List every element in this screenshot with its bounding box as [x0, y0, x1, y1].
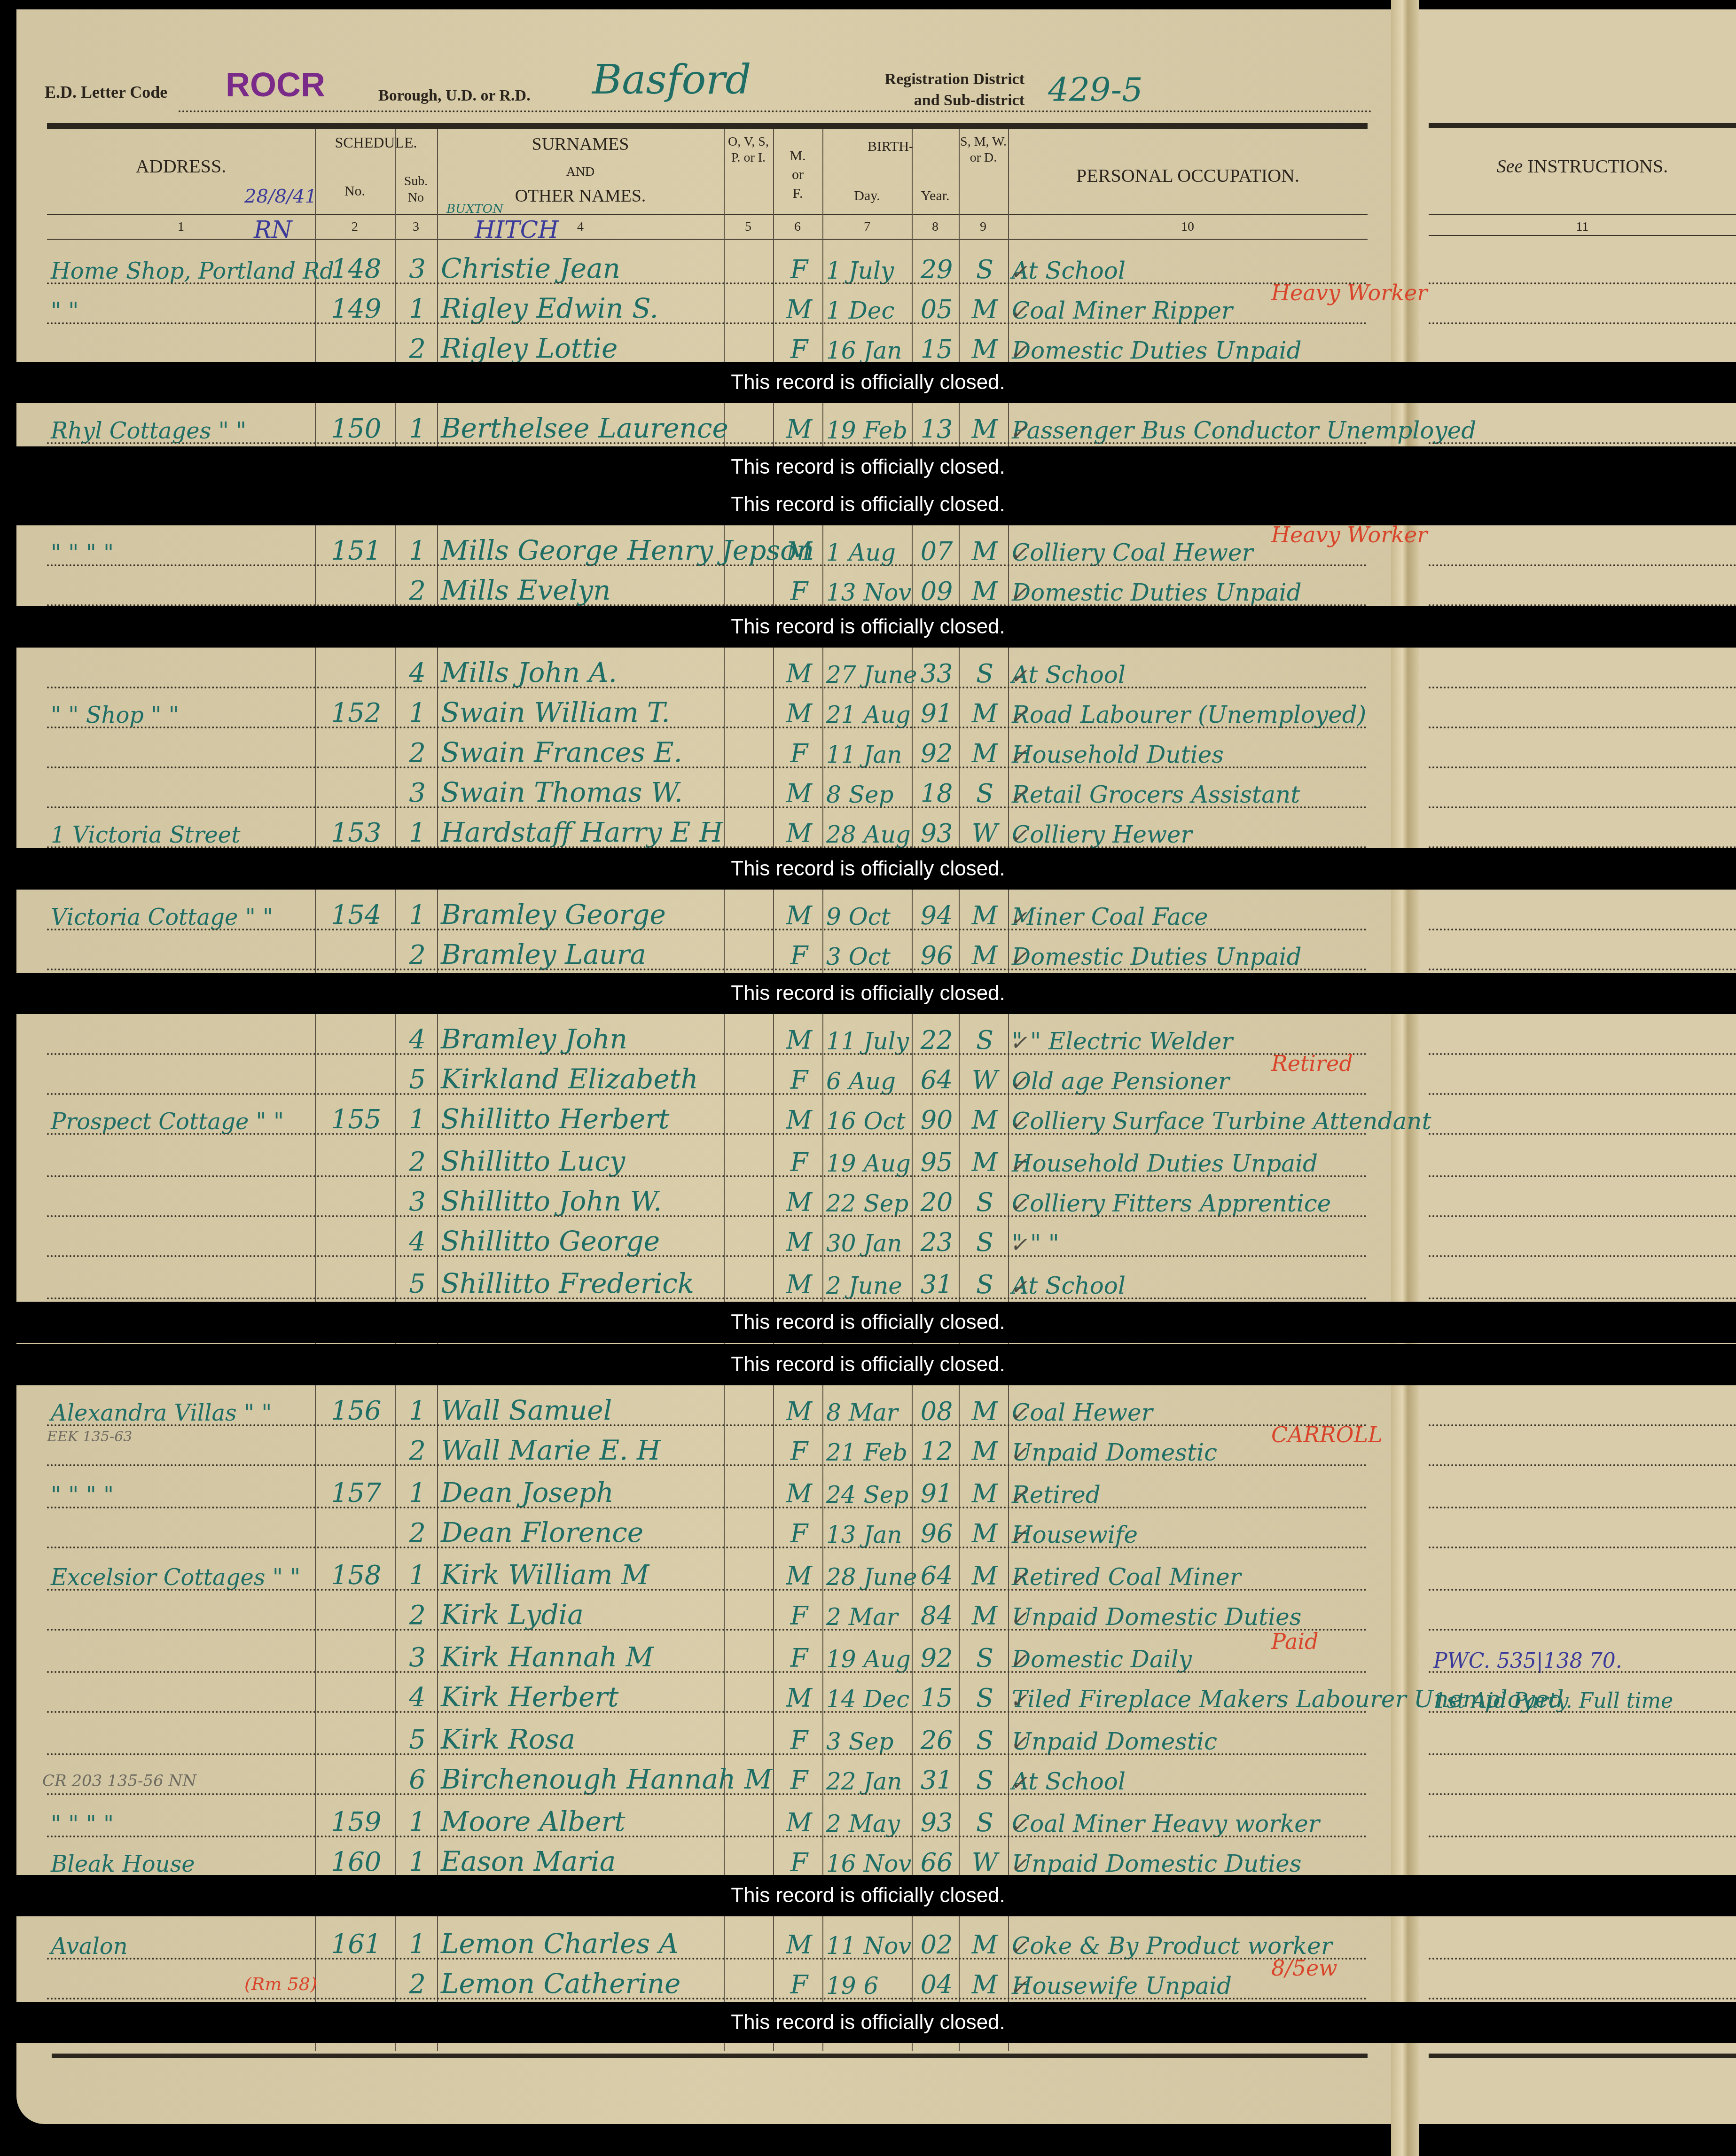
row-address	[51, 1015, 314, 1058]
row-birth-day: 16 Nov	[826, 1837, 911, 1880]
borough-value: Basford	[592, 56, 751, 103]
check-mark-icon: ✓	[1010, 891, 1019, 933]
row-marital-status: S	[962, 1177, 1007, 1220]
row-name: Kirk William M	[441, 1551, 723, 1594]
header-birth: BIRTH-	[822, 139, 959, 155]
row-rule	[47, 1998, 1368, 2000]
row-marital-status: S	[962, 1217, 1007, 1260]
row-occupation: Colliery Surface Turbine Attendant	[1012, 1095, 1367, 1138]
row-name: Mills John A.	[441, 648, 723, 691]
closed-record-notice: This record is officially closed.	[731, 1311, 1005, 1334]
column-number: 8	[916, 219, 954, 234]
row-birth-year: 04	[915, 1960, 958, 2002]
row-sub-number: 3	[399, 1177, 436, 1220]
row-sex: M	[777, 688, 821, 731]
row-marital-status: S	[962, 1259, 1007, 1302]
row-sub-number: 3	[399, 768, 436, 811]
row-address: Alexandra Villas " "	[51, 1386, 314, 1429]
row-birth-day: 8 Sep	[826, 768, 911, 811]
row-marital-status: M	[962, 1551, 1007, 1594]
row-address	[51, 1217, 314, 1260]
hitch-annotation: HITCH	[475, 216, 559, 243]
check-mark-icon: ✓	[1010, 1755, 1019, 1798]
row-marital-status: M	[962, 566, 1007, 609]
row-schedule-number	[319, 1015, 394, 1058]
row-sex: M	[777, 1217, 821, 1260]
row-sex: M	[777, 1920, 821, 1962]
row-sub-number: 1	[399, 1797, 436, 1840]
row-birth-day: 19 Feb	[826, 404, 911, 447]
row-occupation: " " "	[1012, 1217, 1367, 1260]
register-row: 4Kirk HerbertM14 Dec15STiled Fireplace M…	[0, 1673, 1736, 1713]
row-address	[51, 324, 314, 367]
row-birth-day: 2 Mar	[826, 1591, 911, 1633]
closed-record-notice: This record is officially closed.	[731, 1884, 1005, 1907]
row-marital-status: M	[962, 1426, 1007, 1469]
row-marital-status: W	[962, 808, 1007, 851]
row-birth-year: 12	[915, 1426, 958, 1469]
check-mark-icon: ✓	[1010, 728, 1019, 771]
row-sex: F	[777, 324, 821, 367]
row-marital-status: M	[962, 1508, 1007, 1551]
row-sub-number: 5	[399, 1715, 436, 1758]
row-rule	[47, 1133, 1368, 1135]
row-birth-day: 11 Jan	[826, 728, 911, 771]
check-mark-icon: ✓	[1010, 566, 1019, 609]
closed-record-notice: This record is officially closed.	[731, 857, 1005, 881]
column-number: 4	[562, 219, 599, 234]
row-marital-status: M	[962, 324, 1007, 367]
check-mark-icon: ✓	[1010, 1837, 1019, 1880]
row-marital-status: M	[962, 1137, 1007, 1180]
registration-district-label-2: and Sub-district	[855, 92, 1024, 109]
register-row: 2Shillitto LucyF19 Aug95MHousehold Dutie…	[0, 1137, 1736, 1177]
row-sub-number: 4	[399, 1015, 436, 1058]
register-row: 2Wall Marie E. HF21 Feb12MUnpaid Domesti…	[0, 1426, 1736, 1466]
register-row: Avalon1611Lemon Charles AM11 Nov02MCoke …	[0, 1920, 1736, 1960]
register-row: " "1491Rigley Edwin S.M1 Dec05MCoal Mine…	[0, 284, 1736, 324]
row-sex: M	[777, 1177, 821, 1220]
row-birth-day: 3 Sep	[826, 1715, 911, 1758]
row-occupation: Passenger Bus Conductor Unemployed	[1012, 404, 1367, 447]
row-occupation: Colliery Fitters Apprentice	[1012, 1177, 1367, 1220]
row-annotation: Heavy Worker	[1271, 508, 1427, 550]
row-rule-right	[1429, 442, 1736, 444]
row-name: Bramley Laura	[441, 930, 723, 973]
title-dotted-line	[179, 110, 1372, 112]
row-sub-number: 2	[399, 566, 436, 609]
row-rule	[47, 1793, 1368, 1795]
row-marital-status: S	[962, 1633, 1007, 1676]
row-sex: F	[777, 1837, 821, 1880]
row-name: Kirk Rosa	[441, 1715, 723, 1758]
check-mark-icon: ✓	[1010, 1591, 1019, 1633]
row-rule	[47, 1547, 1368, 1548]
row-birth-year: 18	[915, 768, 958, 811]
row-sub-number: 5	[399, 1055, 436, 1098]
row-instructions-note: PWC. 535|138 70.	[1433, 1633, 1622, 1676]
check-mark-icon: ✓	[1010, 688, 1019, 731]
row-sub-number: 1	[399, 1920, 436, 1962]
row-marital-status: S	[962, 768, 1007, 811]
row-sub-number: 2	[399, 930, 436, 973]
row-sub-number: 3	[399, 1633, 436, 1676]
row-birth-year: 09	[915, 566, 958, 609]
row-name: Shillitto George	[441, 1217, 723, 1260]
row-address: Avalon	[51, 1920, 314, 1962]
check-mark-icon: ✓	[1010, 768, 1019, 811]
row-birth-year: 96	[915, 930, 958, 973]
row-schedule-number: 158	[319, 1551, 394, 1594]
row-sex: M	[777, 1673, 821, 1716]
row-occupation: Colliery Hewer	[1012, 808, 1367, 851]
row-birth-day: 14 Dec	[826, 1673, 911, 1716]
row-sex: M	[777, 1551, 821, 1594]
row-birth-day: 2 June	[826, 1259, 911, 1302]
row-name: Kirkland Elizabeth	[441, 1055, 723, 1098]
row-schedule-number	[319, 566, 394, 609]
row-occupation: Tiled Fireplace Makers Labourer Unemploy…	[1012, 1673, 1367, 1716]
check-mark-icon: ✓	[1010, 284, 1019, 327]
closed-record-notice: This record is officially closed.	[731, 982, 1005, 1005]
row-birth-year: 29	[915, 244, 958, 287]
header-f: F.	[773, 186, 822, 202]
row-sex: F	[777, 1426, 821, 1469]
row-rule	[47, 1711, 1368, 1713]
row-birth-year: 93	[915, 808, 958, 851]
row-sub-number: 2	[399, 1508, 436, 1551]
header-m: M.	[773, 148, 822, 164]
row-name: Kirk Hannah M	[441, 1633, 723, 1676]
row-sex: M	[777, 1015, 821, 1058]
row-address: Victoria Cottage " "	[51, 891, 314, 933]
row-name: Dean Joseph	[441, 1469, 723, 1511]
row-sub-number: 3	[399, 244, 436, 287]
register-row: " " " "1571Dean JosephM24 Sep91MRetired✓	[0, 1469, 1736, 1508]
row-name: Berthelsee Laurence	[441, 404, 723, 447]
ed-letter-code-label: E.D. Letter Code	[45, 82, 167, 102]
row-birth-day: 21 Aug	[826, 688, 911, 731]
row-birth-day: 19 Aug	[826, 1137, 911, 1180]
row-sub-number: 1	[399, 808, 436, 851]
row-occupation: Domestic Duties Unpaid	[1012, 566, 1367, 609]
row-schedule-number: 150	[319, 404, 394, 447]
row-address	[51, 728, 314, 771]
row-name: Christie Jean	[441, 244, 723, 287]
row-sex: M	[777, 648, 821, 691]
check-mark-icon: ✓	[1010, 1137, 1019, 1180]
row-annotation: Heavy Worker	[1271, 266, 1427, 308]
row-birth-day: 30 Jan	[826, 1217, 911, 1260]
margin-note-cr: CR 203 135-56 NN	[42, 1772, 196, 1790]
row-sub-number: 4	[399, 1217, 436, 1260]
row-marital-status: M	[962, 404, 1007, 447]
row-occupation: At School	[1012, 648, 1367, 691]
header-mid-rule	[47, 214, 1368, 215]
closed-record-notice: This record is officially closed.	[731, 455, 1005, 479]
row-birth-year: 08	[915, 1386, 958, 1429]
row-sex: M	[777, 1469, 821, 1511]
row-schedule-number: 152	[319, 688, 394, 731]
row-address: Home Shop, Portland Rd	[51, 244, 314, 287]
register-row: Excelsior Cottages " "1581Kirk William M…	[0, 1551, 1736, 1591]
row-sex: F	[777, 1633, 821, 1676]
row-birth-year: 23	[915, 1217, 958, 1260]
register-row: " " " "1511Mills George Henry JepsonM1 A…	[0, 526, 1736, 566]
row-birth-day: 22 Jan	[826, 1755, 911, 1798]
buxton-annotation: BUXTON	[446, 202, 503, 216]
header-top-rule-right	[1429, 123, 1736, 128]
column-number: 2	[336, 219, 374, 234]
row-birth-day: 1 Aug	[826, 526, 911, 569]
row-birth-year: 84	[915, 1591, 958, 1633]
row-marital-status: S	[962, 1755, 1007, 1798]
row-marital-status: S	[962, 1715, 1007, 1758]
register-row: Rhyl Cottages " "1501Berthelsee Laurence…	[0, 404, 1736, 444]
header-occupation: PERSONAL OCCUPATION.	[1008, 164, 1368, 187]
row-rule-right	[1429, 1297, 1736, 1299]
row-sub-number: 1	[399, 1386, 436, 1429]
row-marital-status: M	[962, 688, 1007, 731]
row-birth-day: 2 May	[826, 1797, 911, 1840]
row-sex: F	[777, 1591, 821, 1633]
row-marital-status: M	[962, 930, 1007, 973]
row-birth-day: 24 Sep	[826, 1469, 911, 1511]
check-mark-icon: ✓	[1010, 324, 1019, 367]
row-address: Bleak House	[51, 1837, 314, 1880]
row-occupation: Road Labourer (Unemployed)	[1012, 688, 1367, 731]
check-mark-icon: ✓	[1010, 526, 1019, 569]
row-name: Wall Samuel	[441, 1386, 723, 1429]
row-occupation: Retail Grocers Assistant	[1012, 768, 1367, 811]
date-stamp-annotation: 28/8/41	[244, 186, 317, 207]
register-row: " " Shop " "1521Swain William T.M21 Aug9…	[0, 688, 1736, 728]
row-name: Eason Maria	[441, 1837, 723, 1880]
row-marital-status: M	[962, 1386, 1007, 1429]
row-name: Bramley George	[441, 891, 723, 933]
row-address	[51, 566, 314, 609]
row-rule-right	[1429, 1998, 1736, 2000]
register-row: 4Bramley JohnM11 July22S" " Electric Wel…	[0, 1015, 1736, 1055]
row-address: Rhyl Cottages " "	[51, 404, 314, 447]
page-bottom-rule-right	[1429, 2054, 1736, 2058]
row-birth-day: 1 Dec	[826, 284, 911, 327]
row-birth-day: 19 Aug	[826, 1633, 911, 1676]
check-mark-icon: ✓	[1010, 1920, 1019, 1962]
register-row: 2Swain Frances E.F11 Jan92MHousehold Dut…	[0, 728, 1736, 768]
row-birth-year: 22	[915, 1015, 958, 1058]
row-schedule-number	[319, 1673, 394, 1716]
closed-record-notice: This record is officially closed.	[731, 615, 1005, 639]
column-number: 7	[848, 219, 886, 234]
row-address	[51, 768, 314, 811]
register-row: 5Shillitto FrederickM2 June31SAt School✓	[0, 1259, 1736, 1299]
row-schedule-number: 157	[319, 1469, 394, 1511]
row-name: Wall Marie E. H	[441, 1426, 723, 1469]
row-birth-year: 64	[915, 1551, 958, 1594]
row-sub-number: 2	[399, 1137, 436, 1180]
row-birth-day: 28 Aug	[826, 808, 911, 851]
check-mark-icon: ✓	[1010, 1177, 1019, 1220]
row-name: Shillitto John W.	[441, 1177, 723, 1220]
row-sex: M	[777, 891, 821, 933]
row-occupation: At School	[1012, 1755, 1367, 1798]
row-schedule-number	[319, 1960, 394, 2002]
row-annotation: CARROLL	[1271, 1407, 1383, 1450]
row-schedule-number	[319, 1633, 394, 1676]
row-birth-day: 21 Feb	[826, 1426, 911, 1469]
check-mark-icon: ✓	[1010, 1469, 1019, 1511]
row-name: Moore Albert	[441, 1797, 723, 1840]
row-sex: F	[777, 1715, 821, 1758]
header-or: or	[773, 167, 822, 183]
row-name: Dean Florence	[441, 1508, 723, 1551]
row-address	[51, 1137, 314, 1180]
row-schedule-number	[319, 1217, 394, 1260]
row-schedule-number: 151	[319, 526, 394, 569]
row-marital-status: M	[962, 1469, 1007, 1511]
register-row: 3Kirk Hannah MF19 Aug92SDomestic Daily✓P…	[0, 1633, 1736, 1673]
row-name: Mills George Henry Jepson	[441, 526, 723, 569]
row-occupation: Miner Coal Face	[1012, 891, 1367, 933]
row-sex: M	[777, 1259, 821, 1302]
row-rule-right	[1429, 1133, 1736, 1135]
row-birth-year: 96	[915, 1508, 958, 1551]
check-mark-icon: ✓	[1010, 648, 1019, 691]
row-rule	[47, 1297, 1368, 1299]
row-schedule-number	[319, 1137, 394, 1180]
row-name: Kirk Herbert	[441, 1673, 723, 1716]
header-sub-no: No	[395, 190, 437, 205]
header-top-rule	[47, 123, 1368, 129]
check-mark-icon: ✓	[1010, 244, 1019, 287]
row-address	[51, 1673, 314, 1716]
row-name: Shillitto Frederick	[441, 1259, 723, 1302]
row-birth-year: 92	[915, 1633, 958, 1676]
row-schedule-number	[319, 1259, 394, 1302]
row-marital-status: M	[962, 1960, 1007, 2002]
row-sub-number: 4	[399, 1673, 436, 1716]
row-sub-number: 1	[399, 284, 436, 327]
row-sub-number: 6	[399, 1755, 436, 1798]
row-schedule-number	[319, 1055, 394, 1098]
row-rule-right	[1429, 969, 1736, 970]
closed-record-notice: This record is officially closed.	[731, 371, 1005, 394]
row-occupation: Domestic Duties Unpaid	[1012, 324, 1367, 367]
check-mark-icon: ✓	[1010, 1386, 1019, 1429]
row-name: Rigley Edwin S.	[441, 284, 723, 327]
row-sex: F	[777, 1055, 821, 1098]
row-marital-status: W	[962, 1837, 1007, 1880]
row-marital-status: M	[962, 1591, 1007, 1633]
row-rule	[47, 1255, 1368, 1257]
row-birth-year: 90	[915, 1095, 958, 1138]
row-rule	[47, 1464, 1368, 1466]
row-address: " " " "	[51, 1797, 314, 1840]
row-birth-year: 33	[915, 648, 958, 691]
row-rule-right	[1429, 1793, 1736, 1795]
row-birth-day: 19 6	[826, 1960, 911, 2002]
row-address	[51, 1055, 314, 1098]
row-birth-day: 27 June	[826, 648, 911, 691]
register-row: Bleak House1601Eason MariaF16 Nov66WUnpa…	[0, 1837, 1736, 1877]
closed-record-band: This record is officially closed.	[0, 1344, 1736, 1385]
row-schedule-number: 153	[319, 808, 394, 851]
row-occupation: Retired	[1012, 1469, 1367, 1511]
closed-record-band: This record is officially closed.	[0, 973, 1736, 1014]
register-row: 4Shillitto GeorgeM30 Jan23S" " "✓	[0, 1217, 1736, 1257]
row-name: Kirk Lydia	[441, 1591, 723, 1633]
row-birth-day: 22 Sep	[826, 1177, 911, 1220]
row-name: Hardstaff Harry E H	[441, 808, 723, 851]
row-address	[51, 1591, 314, 1633]
row-birth-day: 3 Oct	[826, 930, 911, 973]
row-annotation: Paid	[1271, 1614, 1318, 1657]
row-address	[51, 648, 314, 691]
header-day: Day.	[822, 188, 912, 204]
row-occupation: Unpaid Domestic	[1012, 1715, 1367, 1758]
row-sex: M	[777, 404, 821, 447]
row-occupation: At School	[1012, 1259, 1367, 1302]
row-sub-number: 1	[399, 526, 436, 569]
row-birth-year: 94	[915, 891, 958, 933]
row-address: " " " "	[51, 526, 314, 569]
row-sex: F	[777, 566, 821, 609]
row-rule-right	[1429, 1711, 1736, 1713]
row-marital-status: M	[962, 284, 1007, 327]
check-mark-icon: ✓	[1010, 404, 1019, 447]
header-surnames: SURNAMES	[437, 134, 724, 155]
column-number: 6	[779, 219, 816, 234]
header-smwd: S, M, W. or D.	[959, 134, 1008, 166]
column-number: 9	[964, 219, 1002, 234]
register-row: 3Swain Thomas W.M8 Sep18SRetail Grocers …	[0, 768, 1736, 808]
row-birth-day: 28 June	[826, 1551, 911, 1594]
header-no: No.	[315, 183, 395, 199]
row-birth-year: 15	[915, 324, 958, 367]
column-number: 5	[729, 219, 767, 234]
header-instructions-see: See	[1497, 156, 1523, 177]
check-mark-icon: ✓	[1010, 1426, 1019, 1469]
register-row: Prospect Cottage " "1551Shillitto Herber…	[0, 1095, 1736, 1135]
closed-record-band: This record is officially closed.	[0, 484, 1736, 525]
row-birth-year: 07	[915, 526, 958, 569]
row-sex: F	[777, 1508, 821, 1551]
row-sub-number: 1	[399, 891, 436, 933]
check-mark-icon: ✓	[1010, 1960, 1019, 2002]
row-marital-status: M	[962, 526, 1007, 569]
row-sex: M	[777, 526, 821, 569]
row-schedule-number: 148	[319, 244, 394, 287]
row-birth-year: 64	[915, 1055, 958, 1098]
row-address: Excelsior Cottages " "	[51, 1551, 314, 1594]
row-address	[51, 1259, 314, 1302]
register-row: 1 Victoria Street1531Hardstaff Harry E H…	[0, 808, 1736, 848]
row-birth-year: 31	[915, 1755, 958, 1798]
header-bottom-rule-right	[1429, 235, 1736, 236]
row-instructions-note: 1st Aid Party. Full time	[1433, 1673, 1673, 1716]
row-name: Rigley Lottie	[441, 324, 723, 367]
row-sex: F	[777, 244, 821, 287]
row-marital-status: M	[962, 728, 1007, 771]
row-marital-status: M	[962, 1095, 1007, 1138]
register-row: 2Dean FlorenceF13 Jan96MHousewife✓	[0, 1508, 1736, 1548]
row-sex: M	[777, 1386, 821, 1429]
row-birth-year: 31	[915, 1259, 958, 1302]
row-schedule-number	[319, 324, 394, 367]
check-mark-icon: ✓	[1010, 1095, 1019, 1138]
row-birth-day: 6 Aug	[826, 1055, 911, 1098]
